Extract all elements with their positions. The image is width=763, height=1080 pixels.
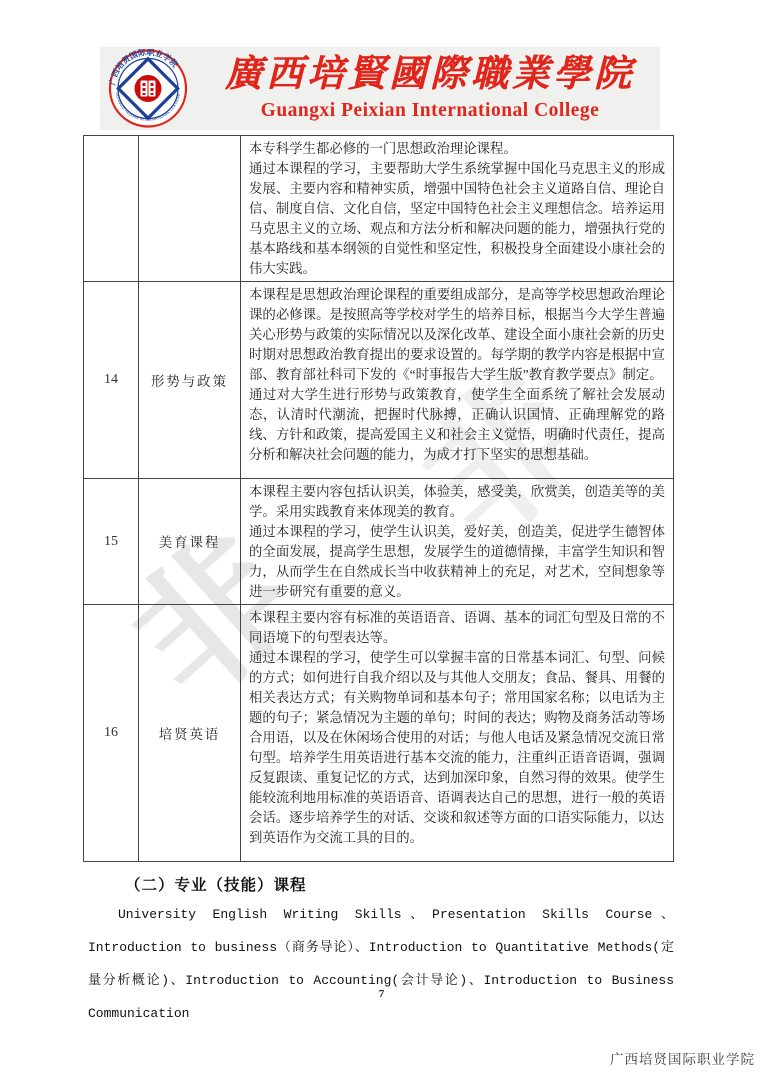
course-name: 培贤英语 [139,605,241,862]
course-number [84,136,139,282]
table-row: 16 培贤英语 本课程主要内容有标准的英语语音、语调、基本的词汇句型及日常的不同… [84,605,674,862]
college-title-english: Guangxi Peixian International College [204,99,656,123]
page-number: 7 [0,988,763,1000]
college-seal-logo: 广西培贤国际职业学院 GUANGXI PEIXIAN INTERNATIONAL… [102,49,194,128]
course-number: 15 [84,479,139,605]
course-description: 本课程是思想政治理论课程的重要组成部分，是高等学校思想政治理论课的必修课。是按照… [241,282,674,479]
college-titles: 廣西培賢國際職業學院 Guangxi Peixian International… [204,51,656,123]
college-title-chinese: 廣西培賢國際職業學院 [204,51,656,99]
course-description: 本专科学生都必修的一门思想政治理论课程。 通过本课程的学习，主要帮助大学生系统掌… [241,136,674,282]
course-name: 形势与政策 [139,282,241,479]
course-table: 本专科学生都必修的一门思想政治理论课程。 通过本课程的学习，主要帮助大学生系统掌… [83,135,674,862]
course-description: 本课程主要内容包括认识美，体验美，感受美，欣赏美，创造美等的美学。采用实践教育来… [241,479,674,605]
college-header: 广西培贤国际职业学院 GUANGXI PEIXIAN INTERNATIONAL… [100,47,660,130]
table-row: 14 形势与政策 本课程是思想政治理论课程的重要组成部分，是高等学校思想政治理论… [84,282,674,479]
course-name: 美育课程 [139,479,241,605]
course-number: 14 [84,282,139,479]
section-heading: （二）专业（技能）课程 [125,873,307,895]
document-page: 非 非 广西培贤国际职业学院 GUANGXI PEIXIAN INTERNATI… [0,0,763,1080]
course-name [139,136,241,282]
course-description: 本课程主要内容有标准的英语语音、语调、基本的词汇句型及日常的不同语境下的句型表达… [241,605,674,862]
footer-college-name: 广西培贤国际职业学院 [610,1048,755,1068]
course-number: 16 [84,605,139,862]
table-row: 本专科学生都必修的一门思想政治理论课程。 通过本课程的学习，主要帮助大学生系统掌… [84,136,674,282]
table-row: 15 美育课程 本课程主要内容包括认识美，体验美，感受美，欣赏美，创造美等的美学… [84,479,674,605]
skills-course-list: University English Writing Skills、Presen… [88,898,674,1030]
